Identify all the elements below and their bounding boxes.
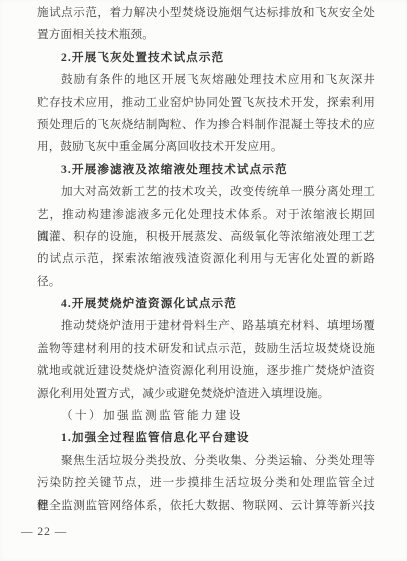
text-line: 置方面相关技术瓶颈。 [37, 24, 375, 46]
text-line: 施试点示范，着力解决小型焚烧设施烟气达标排放和飞灰安全处 [37, 2, 375, 24]
text-line: 的试点示范，探索浓缩液残渣资源化利用与无害化处置的新路 [37, 248, 375, 270]
document-page: 施试点示范，着力解决小型焚烧设施烟气达标排放和飞灰安全处置方面相关技术瓶颈。2.… [0, 0, 407, 561]
text-line: 回灌、积存的设施，积极开展蒸发、高级氧化等浓缩液处理工艺 [37, 226, 375, 248]
text-line: 盖物等建材利用的技术研发和试点示范，鼓励生活垃圾焚烧设施 [37, 338, 375, 360]
text-line: 用，鼓励飞灰中重金属分离回收技术开发应用。 [37, 136, 375, 158]
section-heading: 3.开展渗滤液及浓缩液处理技术试点示范 [37, 159, 375, 181]
text-line: 贮存技术应用，推动工业窑炉协同处置飞灰技术开发，探索利用 [37, 92, 375, 114]
text-line: 推动焚烧炉渣用于建材骨料生产、路基填充材料、填埋场覆 [61, 315, 375, 337]
section-heading: 4.开展焚烧炉渣资源化试点示范 [37, 293, 375, 315]
section-heading: 2.开展飞灰处置技术试点示范 [37, 47, 375, 69]
text-line: 聚焦生活垃圾分类投放、分类收集、分类运输、分类处理等 [61, 450, 375, 472]
section-heading: （十）加强监测监管能力建设 [37, 405, 375, 427]
section-heading: 1.加强全过程监管信息化平台建设 [37, 427, 375, 449]
text-line: 源化利用处置方式，减少或避免焚烧炉渣进入填埋设施。 [37, 383, 375, 405]
page-number: — 22 — [21, 526, 67, 538]
text-line: 艺，推动构建渗滤液多元化处理技术体系。对于浓缩液长期回流、 [37, 204, 375, 226]
text-line: 预处理后的飞灰烧结制陶粒、作为掺合料制作混凝土等技术的应 [37, 114, 375, 136]
text-line: 就地或就近建设焚烧炉渣资源化利用设施，逐步推广焚烧炉渣资 [37, 360, 375, 382]
text-line: 鼓励有条件的地区开展飞灰熔融处理技术应用和飞灰深井 [61, 69, 375, 91]
document-body: 施试点示范，着力解决小型焚烧设施烟气达标排放和飞灰安全处置方面相关技术瓶颈。2.… [37, 2, 375, 517]
text-line: 径。 [37, 271, 375, 293]
text-line: 污染防控关键节点，进一步摸排生活垃圾分类和处理监管全过程， [37, 472, 375, 494]
text-line: 加大对高效新工艺的技术攻关，改变传统单一膜分离处理工 [61, 181, 375, 203]
text-line: 健全监测监管网络体系，依托大数据、物联网、云计算等新兴技 [37, 495, 375, 517]
